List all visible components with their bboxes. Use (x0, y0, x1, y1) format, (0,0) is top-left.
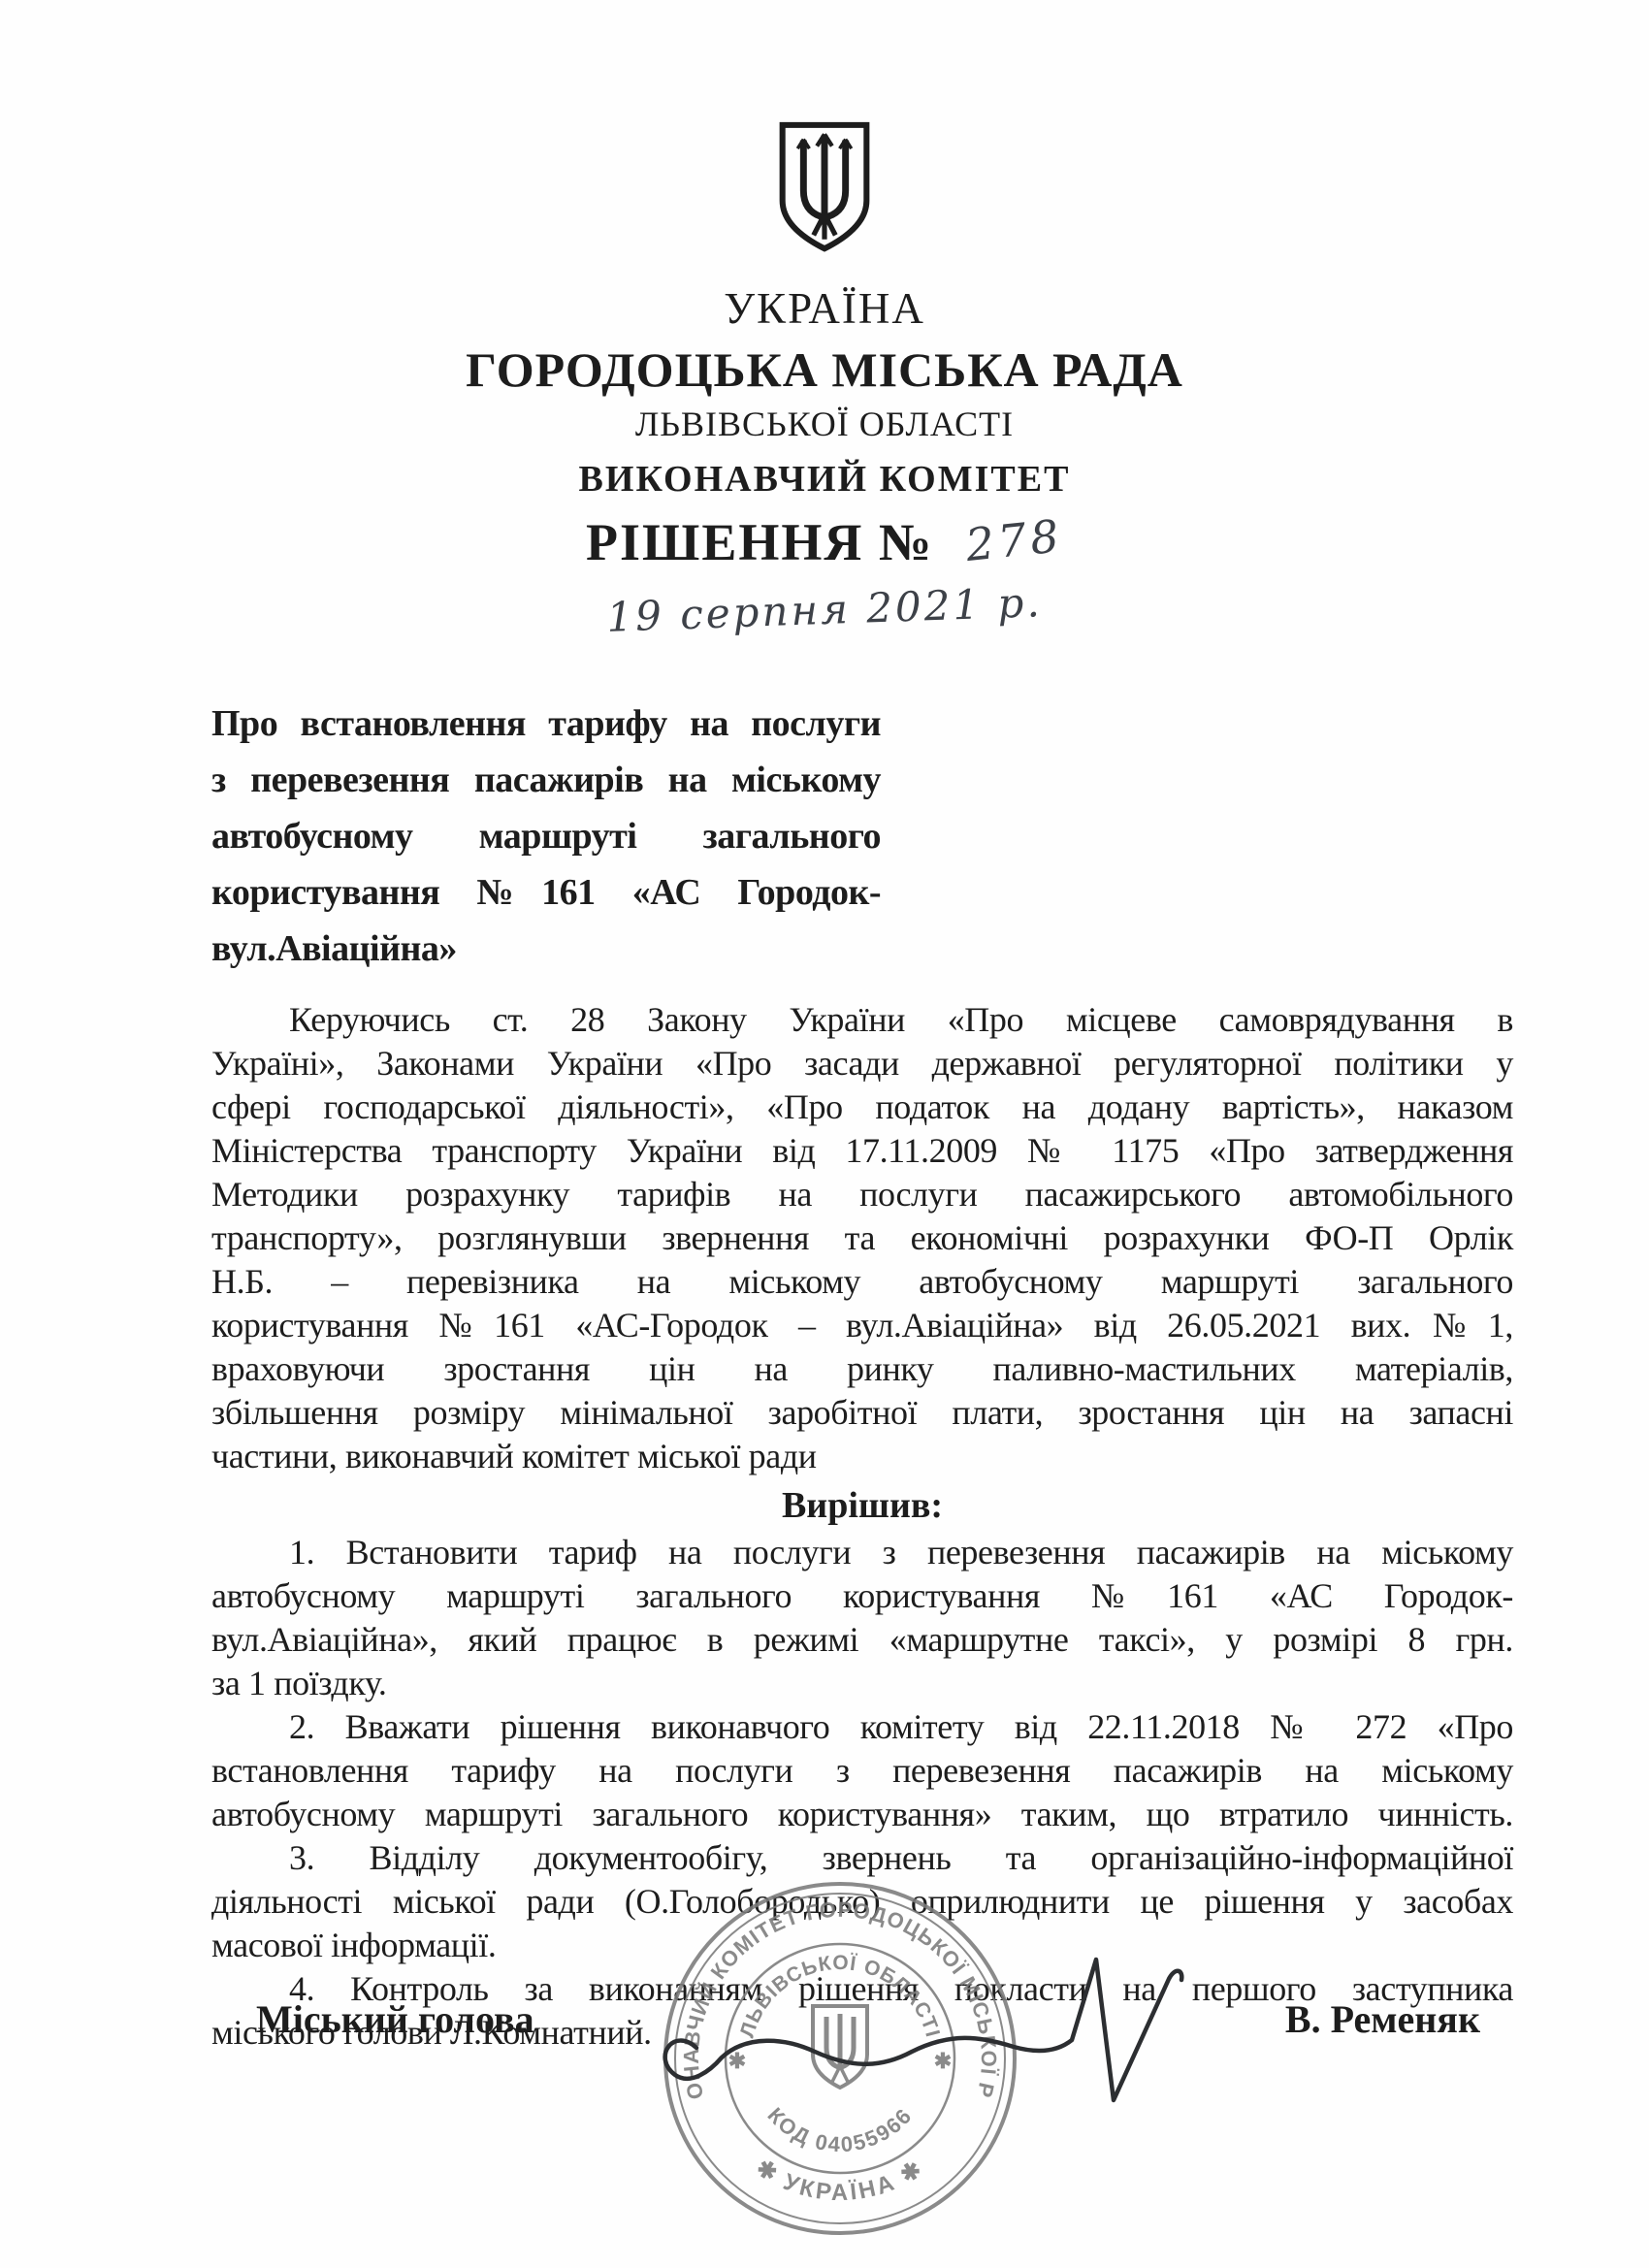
committee-name: ВИКОНАВЧИЙ КОМІТЕТ (0, 458, 1649, 501)
doc-number-handwritten: 278 (963, 509, 1065, 571)
text-line: користування №161 «АС-Городок – вул.Авіа… (211, 1304, 1513, 1347)
region-name: ЛЬВІВСЬКОЇ ОБЛАСТІ (0, 404, 1649, 444)
signer-name: В. Ременяк (1285, 1996, 1480, 2042)
text-line: частини, виконавчий комітет міської ради (211, 1435, 1513, 1478)
text-line: збільшення розміру мінімальної заробітно… (211, 1391, 1513, 1435)
title-line: користування №161 «АС Городок- (211, 864, 881, 921)
text-line: Керуючись ст. 28 Закону України «Про міс… (211, 998, 1513, 1042)
document-type: РІШЕННЯ №278 (0, 512, 1649, 572)
doc-type-label: РІШЕННЯ № (586, 513, 933, 571)
text-line: сфері господарської діяльності», «Про по… (211, 1085, 1513, 1129)
doc-date-handwritten: 19 серпня 2021 р. (0, 557, 1649, 662)
text-line: автобусному маршруті загального користув… (211, 1793, 1513, 1836)
text-line: 2. Вважати рішення виконавчого комітету … (211, 1705, 1513, 1749)
resolution-heading: Вирішив: (211, 1484, 1513, 1527)
document-header: УКРАЇНА ГОРОДОЦЬКА МІСЬКА РАДА ЛЬВІВСЬКО… (0, 0, 1649, 633)
signer-position: Міський голова (256, 1996, 534, 2042)
preamble-paragraph: Керуючись ст. 28 Закону України «Про міс… (211, 998, 1513, 1478)
text-line: 1. Встановити тариф на послуги з перевез… (211, 1531, 1513, 1574)
council-name: ГОРОДОЦЬКА МІСЬКА РАДА (0, 341, 1649, 398)
text-line: вул.Авіаційна», який працює в режимі «ма… (211, 1618, 1513, 1662)
document-title: Про встановлення тарифу на послуги з пер… (211, 696, 881, 977)
scanned-document-page: УКРАЇНА ГОРОДОЦЬКА МІСЬКА РАДА ЛЬВІВСЬКО… (0, 0, 1649, 2268)
text-line: транспорту», розглянувши звернення та ек… (211, 1216, 1513, 1260)
text-line: автобусному маршруті загального користув… (211, 1574, 1513, 1618)
text-line: встановлення тарифу на послуги з перевез… (211, 1749, 1513, 1793)
text-line: Україні», Законами України «Про засади д… (211, 1042, 1513, 1085)
title-line: з перевезення пасажирів на міському (211, 752, 881, 808)
text-line: Міністерства транспорту України від 17.1… (211, 1129, 1513, 1173)
title-line: вул.Авіаційна» (211, 921, 881, 977)
text-line: враховуючи зростання цін на ринку паливн… (211, 1347, 1513, 1391)
text-line: Методики розрахунку тарифів на послуги п… (211, 1173, 1513, 1216)
text-line: Н.Б. – перевізника на міському автобусно… (211, 1260, 1513, 1304)
title-line: автобусному маршруті загального (211, 808, 881, 864)
country-name: УКРАЇНА (0, 283, 1649, 334)
handwritten-signature (572, 1916, 1271, 2168)
text-line: за 1 поїздку. (211, 1662, 1513, 1705)
tryzub-emblem-icon (774, 114, 875, 260)
title-line: Про встановлення тарифу на послуги (211, 696, 881, 752)
